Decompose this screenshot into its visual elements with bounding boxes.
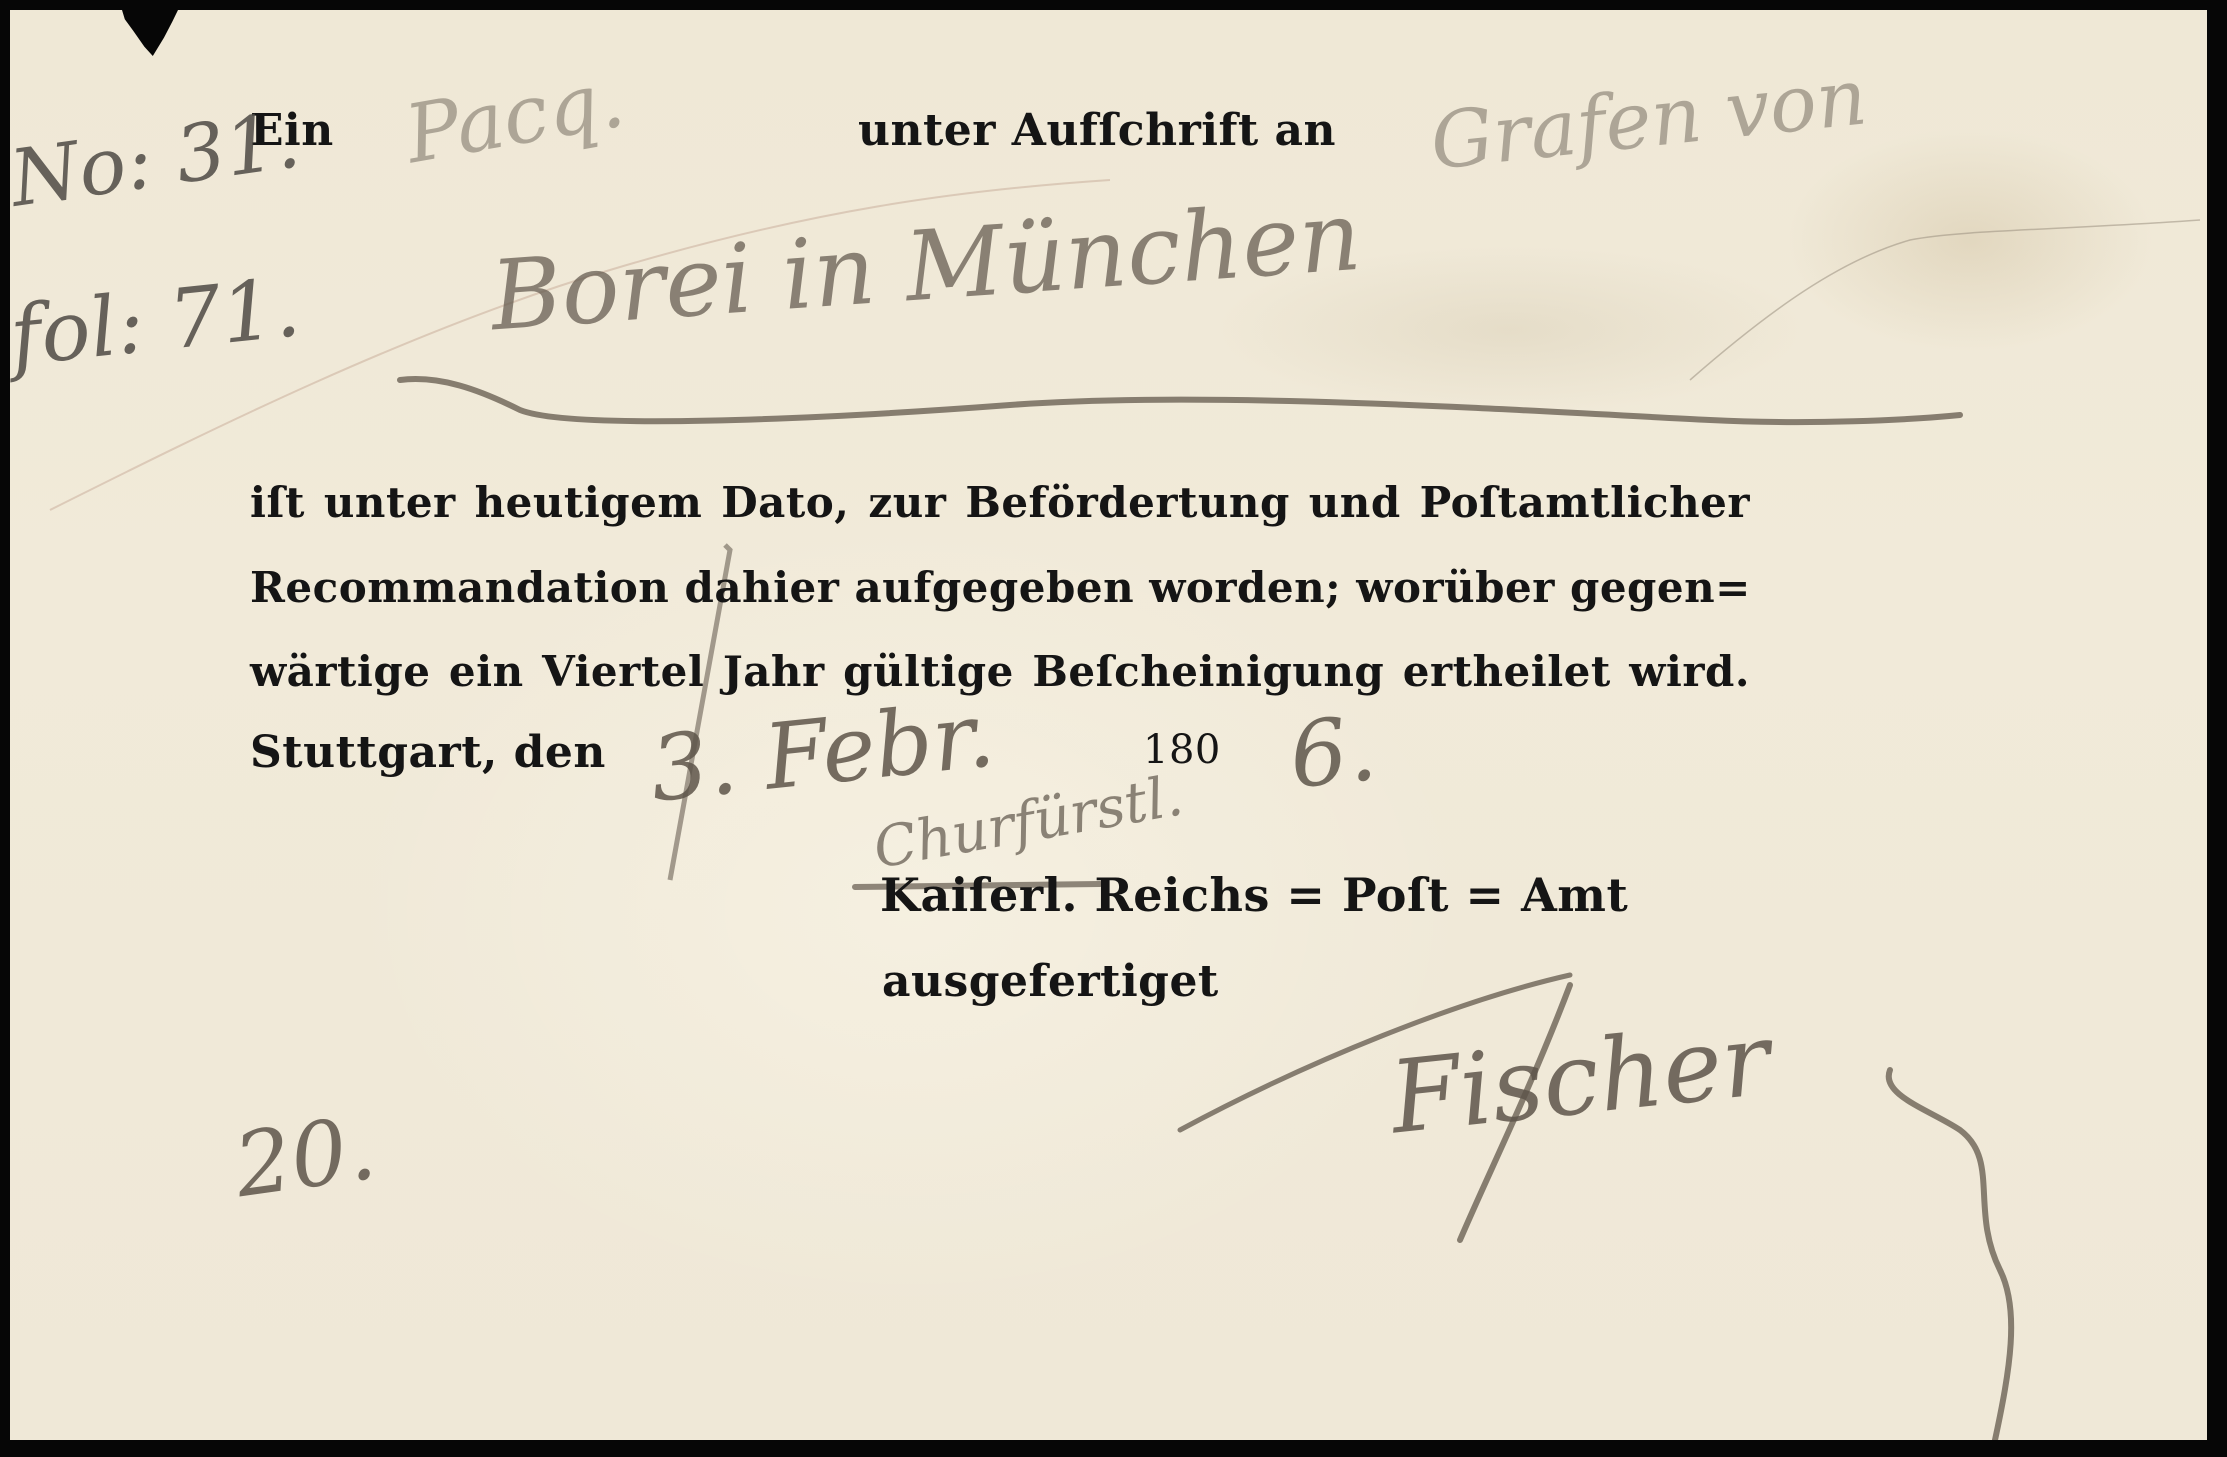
handwritten-folio: fol: 71.	[10, 260, 304, 385]
handwritten-item-type: Pacq.	[399, 52, 631, 182]
document-frame: Ein unter Aufſchrift an iſt unter heutig…	[0, 0, 2227, 1457]
handwritten-fee: 20.	[229, 1096, 382, 1217]
handwritten-date: 3. Febr.	[645, 682, 999, 822]
form-text-unter-aufschrift: unter Aufſchrift an	[858, 105, 1336, 156]
form-body-line-3: wärtige ein Viertel Jahr gültige Beſchei…	[250, 647, 1750, 696]
handwritten-addressee: Borei in München	[487, 180, 1364, 353]
form-body-line-2: Recommandation dahier aufgegeben worden;…	[250, 563, 1750, 612]
paper-sheet: Ein unter Aufſchrift an iſt unter heutig…	[10, 10, 2207, 1440]
torn-corner	[122, 10, 178, 56]
form-office-name: Kaiſerl. Reichs = Poſt = Amt	[880, 868, 1628, 922]
handwritten-year-digit: 6.	[1285, 696, 1381, 809]
handwritten-addressee-title: Grafen von	[1426, 52, 1870, 187]
form-issued-label: ausgefertiget	[882, 956, 1219, 1007]
handwritten-signature: Fischer	[1385, 1000, 1775, 1156]
form-body-line-1: iſt unter heutigem Dato, zur Befördertun…	[250, 478, 1750, 527]
form-place-label: Stuttgart, den	[250, 727, 606, 778]
handwritten-number: No: 31.	[10, 95, 305, 225]
